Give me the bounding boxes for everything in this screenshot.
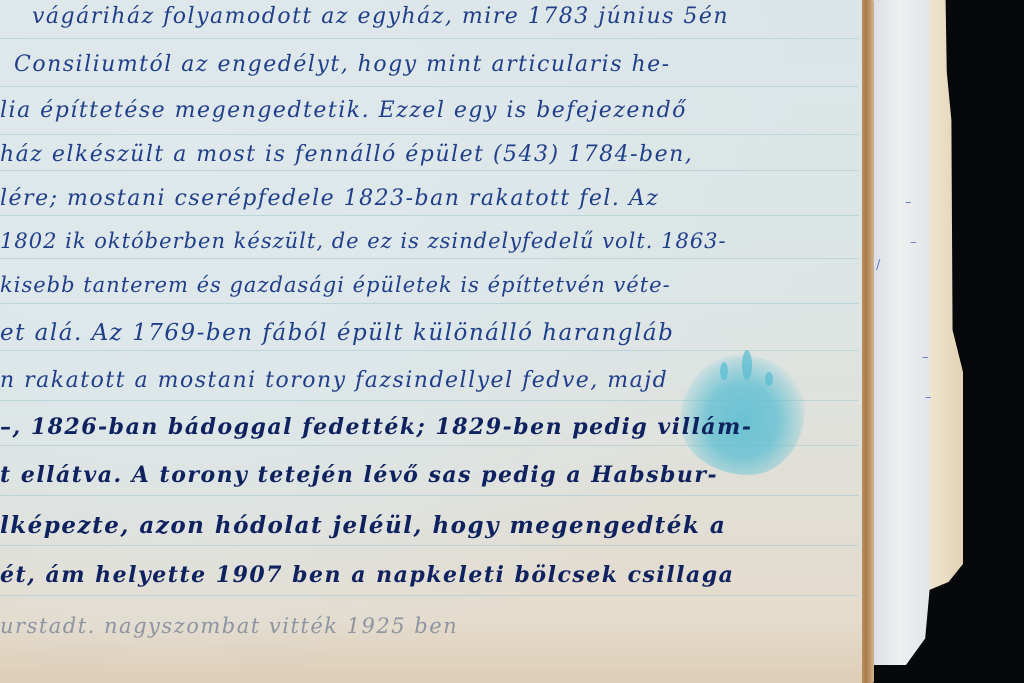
- ink-splash: [765, 372, 773, 386]
- ruled-line: [0, 215, 858, 216]
- ruled-line: [0, 545, 858, 546]
- edge-ink-mark: –: [910, 235, 917, 250]
- edge-ink-mark: –: [905, 195, 912, 210]
- ruled-line: [0, 134, 858, 135]
- ruled-line: [0, 350, 858, 351]
- ruled-line: [0, 86, 858, 87]
- text-line: kisebb tanterem és gazdasági épületek is…: [0, 273, 671, 297]
- text-line: vágáriház folyamodott az egyház, mire 17…: [32, 4, 729, 29]
- ruled-line: [0, 258, 858, 259]
- manuscript-page: vágáriház folyamodott az egyház, mire 17…: [0, 0, 862, 683]
- text-line: Consiliumtól az engedélyt, hogy mint art…: [14, 52, 671, 77]
- text-line: t ellátva. A torony tetején lévő sas ped…: [0, 462, 718, 488]
- back-page-edge-white: [870, 0, 930, 665]
- text-line: ház elkészült a most is fennálló épület …: [0, 142, 693, 167]
- text-line: lére; mostani cserépfedele 1823-ban raka…: [0, 186, 659, 211]
- edge-ink-mark: /: [876, 258, 880, 273]
- page-bottom-stain: [0, 623, 862, 683]
- text-line: ét, ám helyette 1907 ben a napkeleti böl…: [0, 562, 734, 588]
- ruled-line: [0, 170, 858, 171]
- ink-splash: [720, 362, 728, 380]
- text-line: et alá. Az 1769-ben fából épült különáll…: [0, 320, 674, 346]
- ink-splash: [742, 350, 752, 380]
- ruled-line: [0, 38, 858, 39]
- text-line: lképezte, azon hódolat jeléül, hogy mege…: [0, 512, 726, 539]
- text-line: –, 1826-ban bádoggal fedették; 1829-ben …: [0, 414, 752, 440]
- text-line: 1802 ik októberben készült, de ez is zsi…: [0, 229, 727, 253]
- ruled-line: [0, 595, 858, 596]
- document-photo: – – – – / – vágáriház folyamodott az egy…: [0, 0, 1024, 683]
- ruled-line: [0, 495, 858, 496]
- text-line: n rakatott a mostani torony fazsindellye…: [0, 368, 668, 393]
- edge-ink-mark: –: [922, 350, 929, 365]
- text-line: lia építtetése megengedtetik. Ezzel egy …: [0, 98, 687, 123]
- ruled-line: [0, 303, 858, 304]
- edge-ink-mark: –: [925, 390, 932, 405]
